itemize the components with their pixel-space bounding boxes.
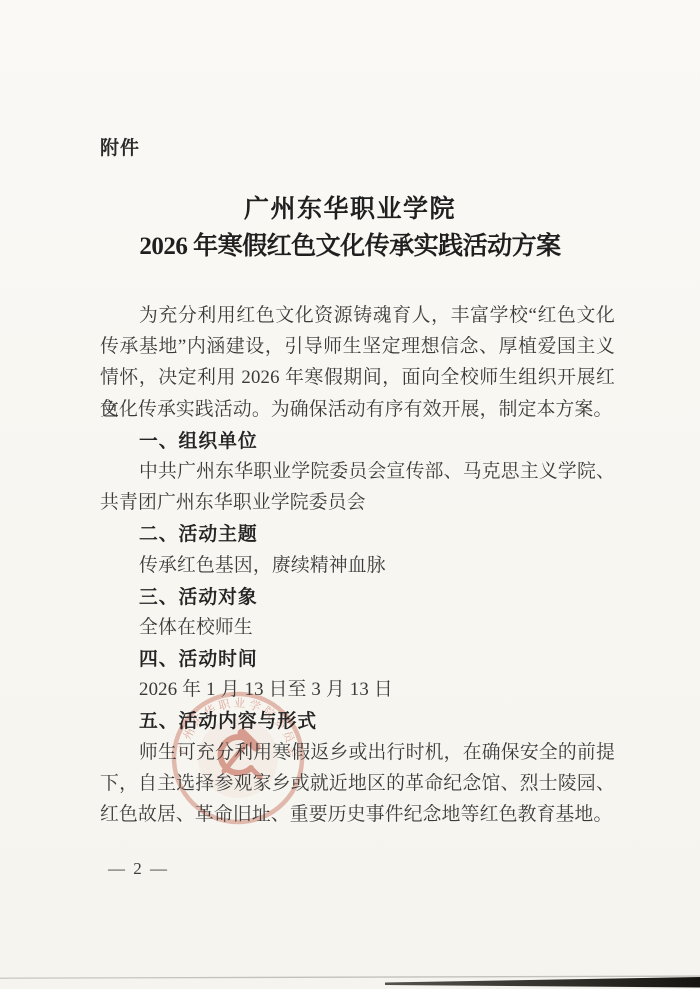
- document-title-line2: 2026 年寒假红色文化传承实践活动方案: [0, 228, 700, 265]
- scan-edge-line: [0, 975, 700, 978]
- time-line: 2026 年 1 月 13 日至 3 月 13 日: [100, 674, 615, 705]
- intro-line-4: 文化传承实践活动。为确保活动有序有效开展，制定本方案。: [100, 394, 615, 425]
- intro-line-3: 情怀，决定利用 2026 年寒假期间，面向全校师生组织开展红色: [100, 362, 615, 393]
- content-line-1: 师生可充分利用寒假返乡或出行时机，在确保安全的前提: [100, 737, 615, 768]
- document-body: 为充分利用红色文化资源铸魂育人，丰富学校“红色文化传承基地”内涵建设，引导师生坚…: [100, 300, 615, 830]
- org-line-2: 共青团广州东华职业学院委员会: [100, 487, 615, 518]
- section-heading-3: 三、活动对象: [100, 581, 615, 612]
- content-line-3: 红色故居、革命旧址、重要历史事件纪念地等红色教育基地。: [100, 799, 615, 830]
- theme-line: 传承红色基因，赓续精神血脉: [100, 550, 615, 581]
- document-title: 广州东华职业学院 2026 年寒假红色文化传承实践活动方案: [0, 192, 700, 265]
- page-number: — 2 —: [108, 859, 169, 879]
- scan-paper-edge: [0, 973, 700, 989]
- section-heading-2: 二、活动主题: [100, 518, 615, 549]
- attachment-label: 附件: [100, 133, 140, 160]
- audience-line: 全体在校师生: [100, 612, 615, 643]
- intro-line-2: 传承基地”内涵建设，引导师生坚定理想信念、厚植爱国主义: [100, 331, 615, 362]
- scan-edge-shadow: [385, 977, 700, 988]
- document-page: 附件 广州东华职业学院 2026 年寒假红色文化传承实践活动方案 广州东华职业学…: [0, 0, 700, 989]
- org-line-1: 中共广州东华职业学院委员会宣传部、马克思主义学院、: [100, 456, 615, 487]
- intro-line-1: 为充分利用红色文化资源铸魂育人，丰富学校“红色文化: [100, 300, 615, 331]
- content-line-2: 下，自主选择参观家乡或就近地区的革命纪念馆、烈士陵园、: [100, 768, 615, 799]
- document-title-line1: 广州东华职业学院: [0, 192, 700, 228]
- section-heading-4: 四、活动时间: [100, 643, 615, 674]
- section-heading-1: 一、组织单位: [100, 425, 615, 456]
- section-heading-5: 五、活动内容与形式: [100, 705, 615, 736]
